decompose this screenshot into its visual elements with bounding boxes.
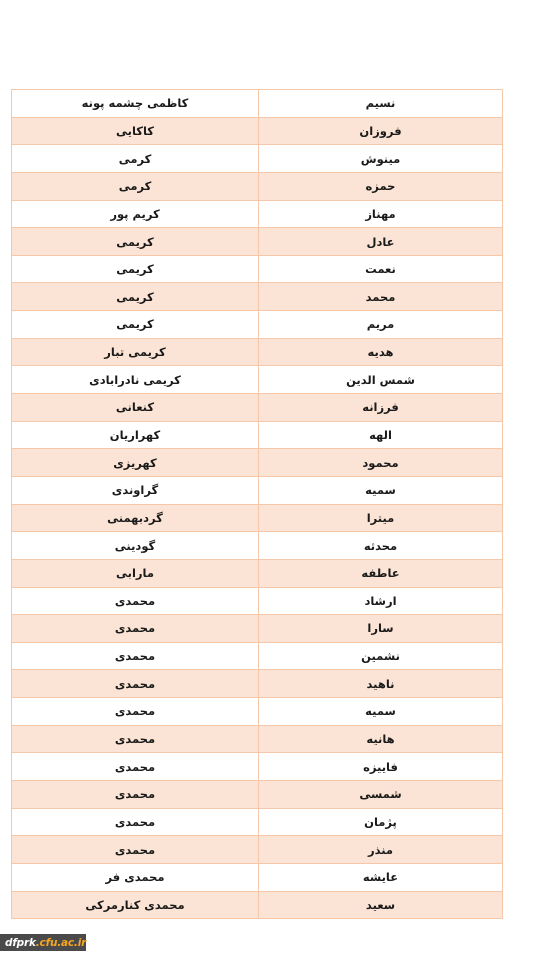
first-name-cell: فرزانه — [259, 394, 503, 422]
table-row: کریمینعمت — [12, 255, 503, 283]
last-name-cell: محمدی — [12, 615, 259, 643]
last-name-cell: کهراریان — [12, 421, 259, 449]
last-name-cell: محمدی فر — [12, 863, 259, 891]
last-name-cell: محمدی — [12, 781, 259, 809]
table-row: گردبهمنیمیترا — [12, 504, 503, 532]
last-name-cell: محمدی — [12, 698, 259, 726]
first-name-cell: عادل — [259, 228, 503, 256]
first-name-cell: فاییزه — [259, 753, 503, 781]
first-name-cell: سعید — [259, 891, 503, 919]
last-name-cell: محمدی — [12, 670, 259, 698]
table-row: کریم پورمهناز — [12, 200, 503, 228]
first-name-cell: مریم — [259, 311, 503, 339]
table-row: کریمیمحمد — [12, 283, 503, 311]
table-row: کرمیمینوش — [12, 145, 503, 173]
table-row: محمدیناهید — [12, 670, 503, 698]
last-name-cell: کرمی — [12, 172, 259, 200]
last-name-cell: محمدی کنارمرکی — [12, 891, 259, 919]
first-name-cell: محمد — [259, 283, 503, 311]
first-name-cell: میترا — [259, 504, 503, 532]
first-name-cell: سمیه — [259, 698, 503, 726]
last-name-cell: کرمی — [12, 145, 259, 173]
table-row: محمدیفاییزه — [12, 753, 503, 781]
table-row: کرمیحمزه — [12, 172, 503, 200]
first-name-cell: هدیه — [259, 338, 503, 366]
watermark-prefix: dfprk — [5, 937, 36, 949]
first-name-cell: منذر — [259, 836, 503, 864]
last-name-cell: محمدی — [12, 836, 259, 864]
table-row: محمدی فرعایشه — [12, 863, 503, 891]
table-row: کاکاییفروزان — [12, 117, 503, 145]
table-row: کهریزیمحمود — [12, 449, 503, 477]
last-name-cell: کاکایی — [12, 117, 259, 145]
last-name-cell: محمدی — [12, 725, 259, 753]
last-name-cell: کریمی — [12, 255, 259, 283]
first-name-cell: شمس الدین — [259, 366, 503, 394]
first-name-cell: نعمت — [259, 255, 503, 283]
table-row: کریمیمریم — [12, 311, 503, 339]
first-name-cell: پژمان — [259, 808, 503, 836]
last-name-cell: کنعانی — [12, 394, 259, 422]
table-row: محمدیشمسی — [12, 781, 503, 809]
table-row: کریمی نادرابادیشمس الدین — [12, 366, 503, 394]
first-name-cell: مهناز — [259, 200, 503, 228]
first-name-cell: فروزان — [259, 117, 503, 145]
table-row: مارابیعاطفه — [12, 559, 503, 587]
last-name-cell: کریمی — [12, 283, 259, 311]
last-name-cell: محمدی — [12, 587, 259, 615]
table-row: محمدینشمین — [12, 642, 503, 670]
table-row: محمدیهانیه — [12, 725, 503, 753]
table-row: محمدیپژمان — [12, 808, 503, 836]
last-name-cell: کریمی — [12, 311, 259, 339]
last-name-cell: محمدی — [12, 808, 259, 836]
names-table-body: کاظمی چشمه پونهنسیمکاکاییفروزانکرمیمینوش… — [12, 90, 503, 919]
table-row: محمدیسمیه — [12, 698, 503, 726]
first-name-cell: ناهید — [259, 670, 503, 698]
table-row: کریمی تبارهدیه — [12, 338, 503, 366]
last-name-cell: محمدی — [12, 642, 259, 670]
first-name-cell: سمیه — [259, 476, 503, 504]
table-row: کهراریانالهه — [12, 421, 503, 449]
site-watermark: dfprk.cfu.ac.ir — [0, 934, 86, 951]
first-name-cell: سارا — [259, 615, 503, 643]
last-name-cell: گراوندی — [12, 476, 259, 504]
first-name-cell: نسیم — [259, 90, 503, 118]
first-name-cell: عاطفه — [259, 559, 503, 587]
last-name-cell: مارابی — [12, 559, 259, 587]
first-name-cell: محدثه — [259, 532, 503, 560]
first-name-cell: مینوش — [259, 145, 503, 173]
watermark-domain: .cfu.ac.ir — [36, 937, 86, 949]
table-row: محمدیمنذر — [12, 836, 503, 864]
last-name-cell: کریمی نادرابادی — [12, 366, 259, 394]
first-name-cell: ارشاد — [259, 587, 503, 615]
table-row: کاظمی چشمه پونهنسیم — [12, 90, 503, 118]
first-name-cell: محمود — [259, 449, 503, 477]
first-name-cell: هانیه — [259, 725, 503, 753]
table-row: کنعانیفرزانه — [12, 394, 503, 422]
last-name-cell: کریم پور — [12, 200, 259, 228]
last-name-cell: کریمی تبار — [12, 338, 259, 366]
table-row: کریمیعادل — [12, 228, 503, 256]
last-name-cell: گردبهمنی — [12, 504, 259, 532]
first-name-cell: شمسی — [259, 781, 503, 809]
last-name-cell: کاظمی چشمه پونه — [12, 90, 259, 118]
first-name-cell: حمزه — [259, 172, 503, 200]
first-name-cell: الهه — [259, 421, 503, 449]
names-table: کاظمی چشمه پونهنسیمکاکاییفروزانکرمیمینوش… — [11, 89, 503, 919]
table-row: محمدیارشاد — [12, 587, 503, 615]
last-name-cell: محمدی — [12, 753, 259, 781]
table-row: محمدی کنارمرکیسعید — [12, 891, 503, 919]
first-name-cell: عایشه — [259, 863, 503, 891]
first-name-cell: نشمین — [259, 642, 503, 670]
last-name-cell: کهریزی — [12, 449, 259, 477]
table-row: گراوندیسمیه — [12, 476, 503, 504]
last-name-cell: کریمی — [12, 228, 259, 256]
table-row: محمدیسارا — [12, 615, 503, 643]
last-name-cell: گودینی — [12, 532, 259, 560]
table-row: گودینیمحدثه — [12, 532, 503, 560]
